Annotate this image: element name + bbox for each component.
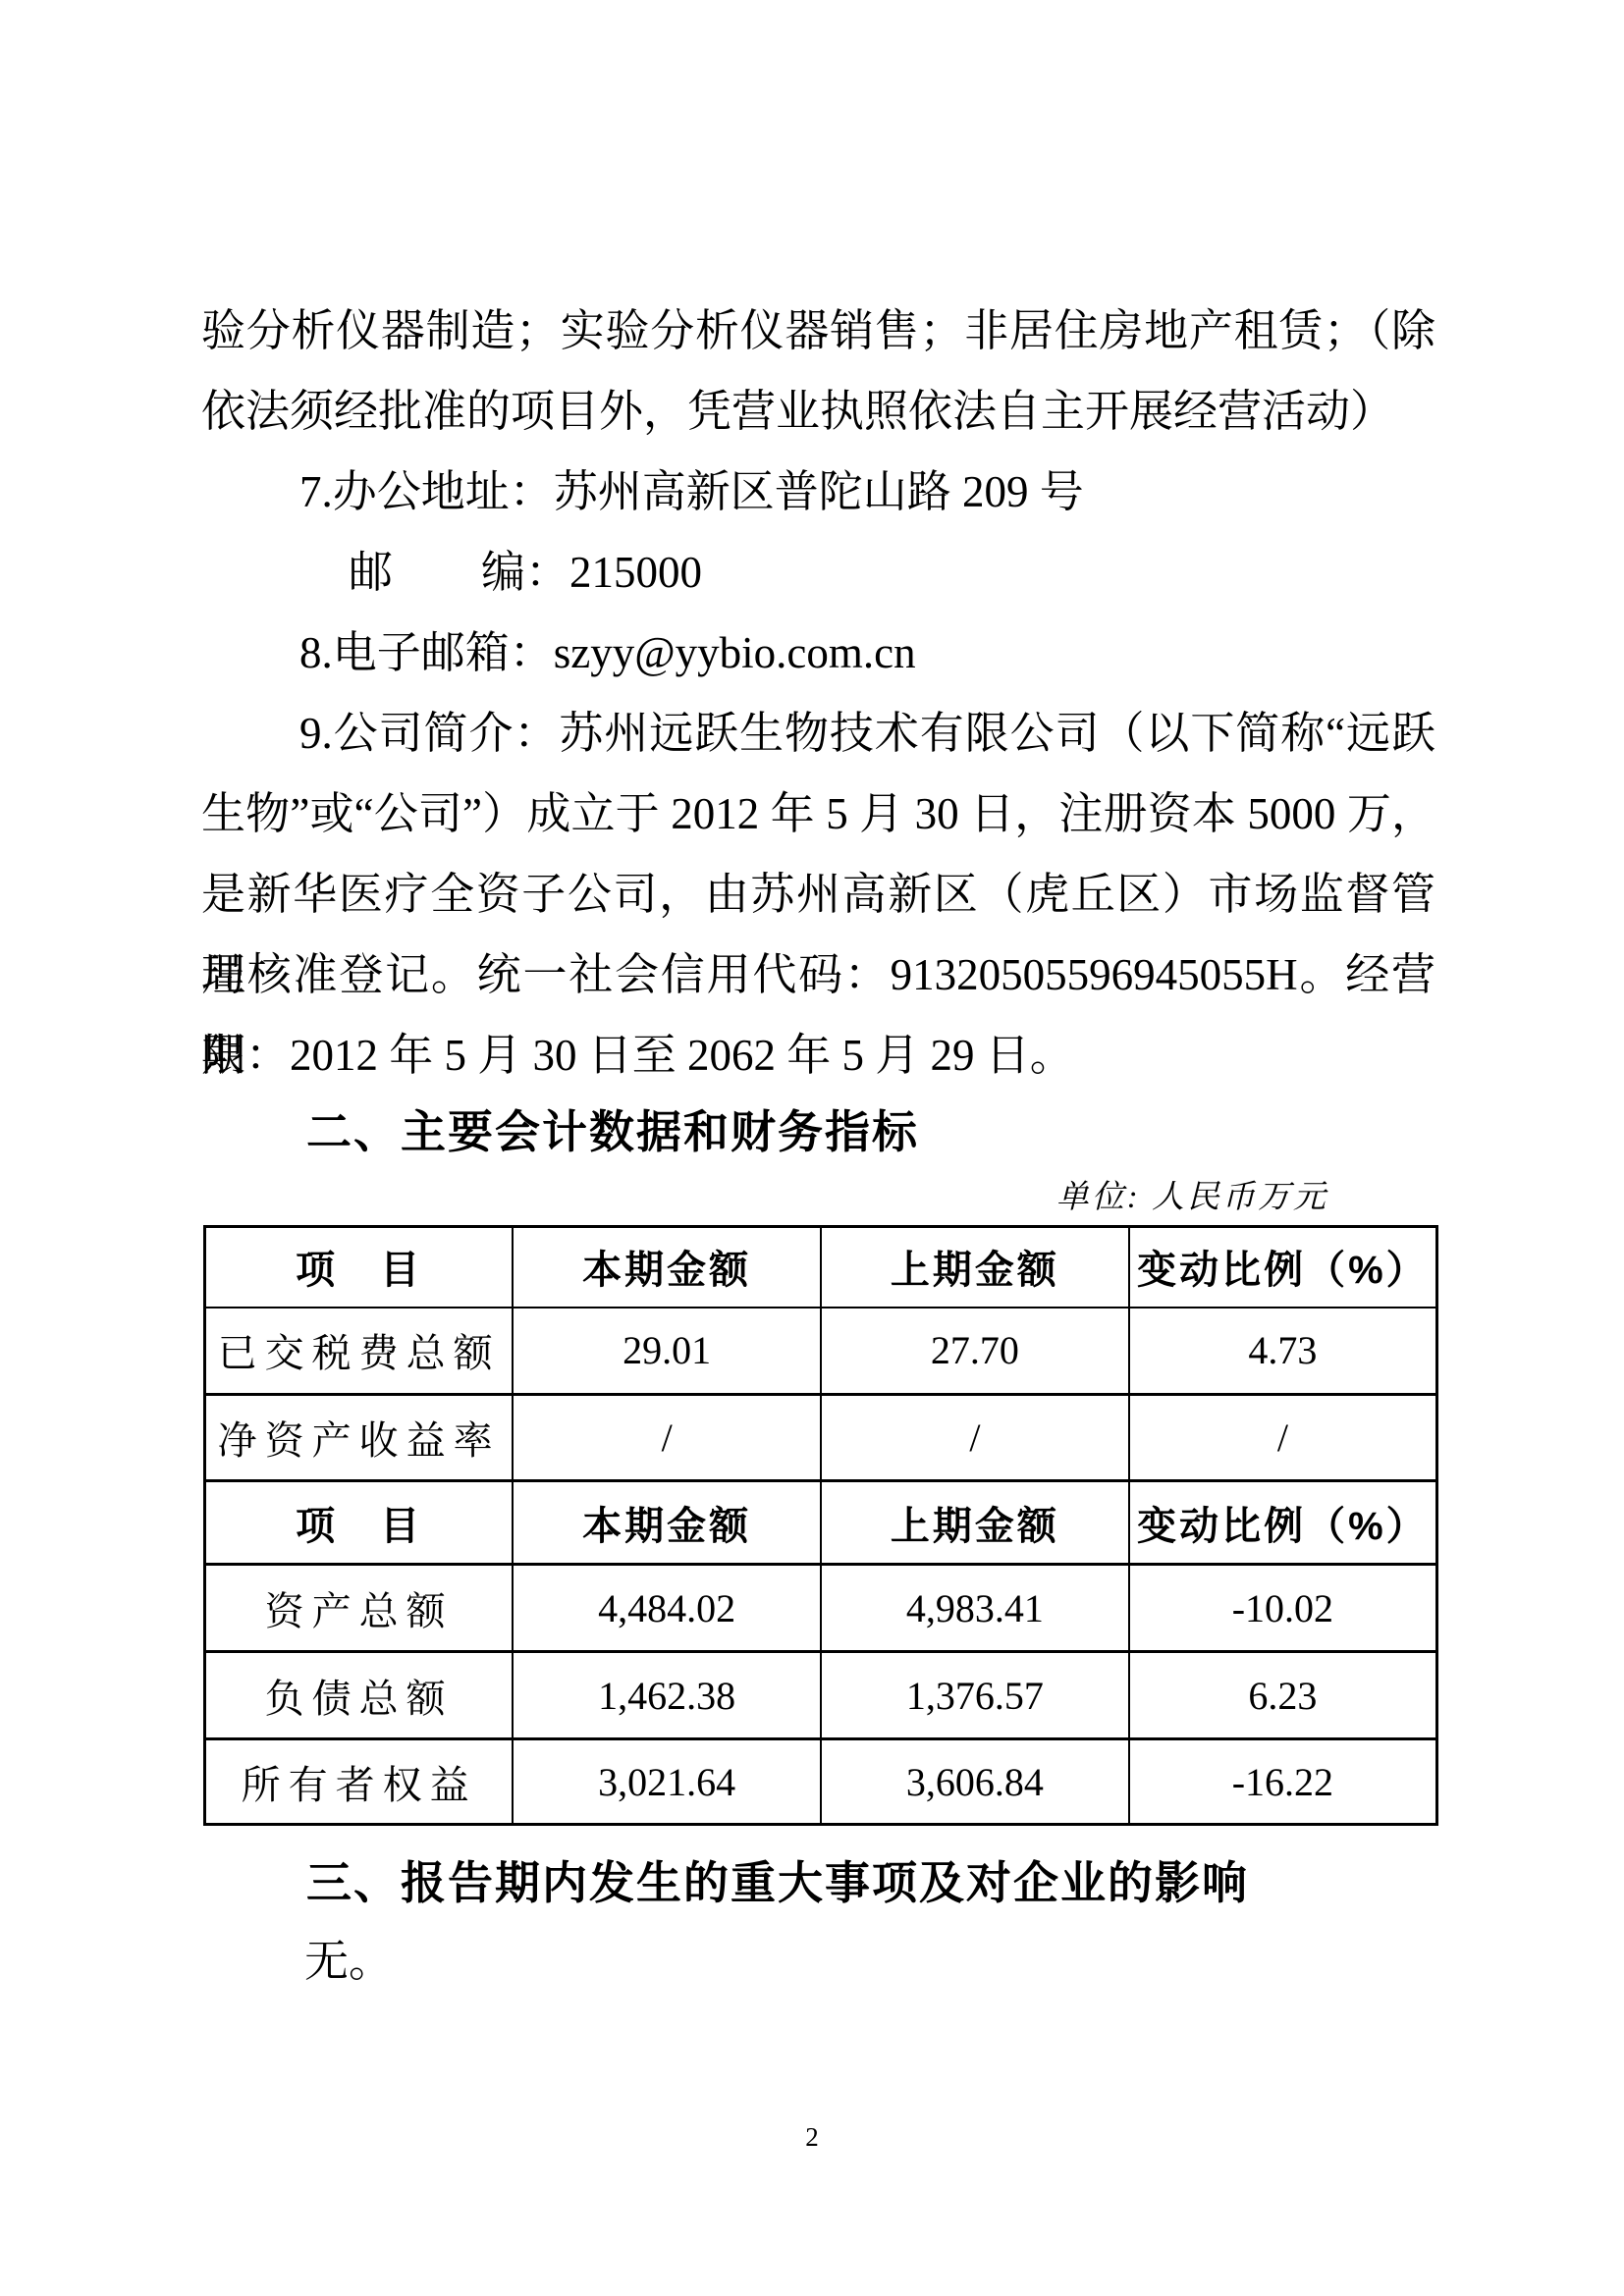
header-cell: 变动比例（%） xyxy=(1129,1481,1437,1565)
row-label-cell: 所有者权益 xyxy=(205,1739,514,1825)
value-cell: 3,021.64 xyxy=(513,1739,821,1825)
value-cell: 3,606.84 xyxy=(821,1739,1129,1825)
row-label-cell: 负债总额 xyxy=(205,1652,514,1739)
document-page: 验分析仪器制造；实验分析仪器销售；非居住房地产租赁；（除依法须经批准的项目外，凭… xyxy=(0,0,1624,2296)
body-line: 生物”或“公司”）成立于 2012 年 5 月 30 日，注册资本 5000 万… xyxy=(201,774,1435,854)
value-cell: 4,983.41 xyxy=(821,1565,1129,1652)
value-cell: 4.73 xyxy=(1129,1308,1437,1395)
unit-note: 单位: 人民币万元 xyxy=(1056,1176,1328,1219)
body-line: 9.公司简介：苏州远跃生物技术有限公司（以下简称“远跃 xyxy=(201,693,1435,774)
section-3-heading: 三、报告期内发生的重大事项及对企业的影响 xyxy=(201,1842,1435,1923)
body-line: 7.办公地址：苏州高新区普陀山路 209 号 xyxy=(201,452,1435,532)
header-cell: 本期金额 xyxy=(513,1481,821,1565)
header-cell: 变动比例（%） xyxy=(1129,1227,1437,1308)
table-row: 已交税费总额29.0127.704.73 xyxy=(205,1308,1437,1395)
body-line: 8.电子邮箱：szyy@yybio.com.cn xyxy=(201,613,1435,693)
section-2-heading: 二、主要会计数据和财务指标 xyxy=(201,1092,1435,1172)
header-cell: 项 目 xyxy=(205,1481,514,1565)
body-line: 邮 编：215000 xyxy=(201,532,1435,613)
value-cell: -10.02 xyxy=(1129,1565,1437,1652)
table-row: 所有者权益3,021.643,606.84-16.22 xyxy=(205,1739,1437,1825)
value-cell: 29.01 xyxy=(513,1308,821,1395)
value-cell: 1,376.57 xyxy=(821,1652,1129,1739)
value-cell: 6.23 xyxy=(1129,1652,1437,1739)
body-line: 依法须经批准的项目外，凭营业执照依法自主开展经营活动） xyxy=(201,371,1435,452)
section-3-body: 无。 xyxy=(201,1921,1435,2002)
header-cell: 本期金额 xyxy=(513,1227,821,1308)
value-cell: / xyxy=(513,1395,821,1481)
value-cell: / xyxy=(821,1395,1129,1481)
value-cell: / xyxy=(1129,1395,1437,1481)
page-number: 2 xyxy=(0,2122,1624,2153)
body-line: 局核准登记。统一社会信用代码：91320505596945055H。经营期 xyxy=(201,934,1435,1015)
value-cell: -16.22 xyxy=(1129,1739,1437,1825)
row-label-cell: 资产总额 xyxy=(205,1565,514,1652)
body-line: 是新华医疗全资子公司，由苏州高新区（虎丘区）市场监督管理 xyxy=(201,854,1435,934)
body-line: 验分析仪器制造；实验分析仪器销售；非居住房地产租赁；（除 xyxy=(201,291,1435,371)
table-row: 净资产收益率/// xyxy=(205,1395,1437,1481)
value-cell: 4,484.02 xyxy=(513,1565,821,1652)
body-paragraphs: 验分析仪器制造；实验分析仪器销售；非居住房地产租赁；（除依法须经批准的项目外，凭… xyxy=(201,291,1435,1095)
row-label-cell: 已交税费总额 xyxy=(205,1308,514,1395)
table-header-row: 项 目本期金额上期金额变动比例（%） xyxy=(205,1227,1437,1308)
body-line: 限：2012 年 5 月 30 日至 2062 年 5 月 29 日。 xyxy=(201,1015,1435,1095)
table-row: 资产总额4,484.024,983.41-10.02 xyxy=(205,1565,1437,1652)
header-cell: 项 目 xyxy=(205,1227,514,1308)
header-cell: 上期金额 xyxy=(821,1227,1129,1308)
table-row: 负债总额1,462.381,376.576.23 xyxy=(205,1652,1437,1739)
financial-indicators-table: 项 目本期金额上期金额变动比例（%）已交税费总额29.0127.704.73净资… xyxy=(203,1225,1438,1826)
value-cell: 27.70 xyxy=(821,1308,1129,1395)
table-header-row: 项 目本期金额上期金额变动比例（%） xyxy=(205,1481,1437,1565)
header-cell: 上期金额 xyxy=(821,1481,1129,1565)
row-label-cell: 净资产收益率 xyxy=(205,1395,514,1481)
value-cell: 1,462.38 xyxy=(513,1652,821,1739)
